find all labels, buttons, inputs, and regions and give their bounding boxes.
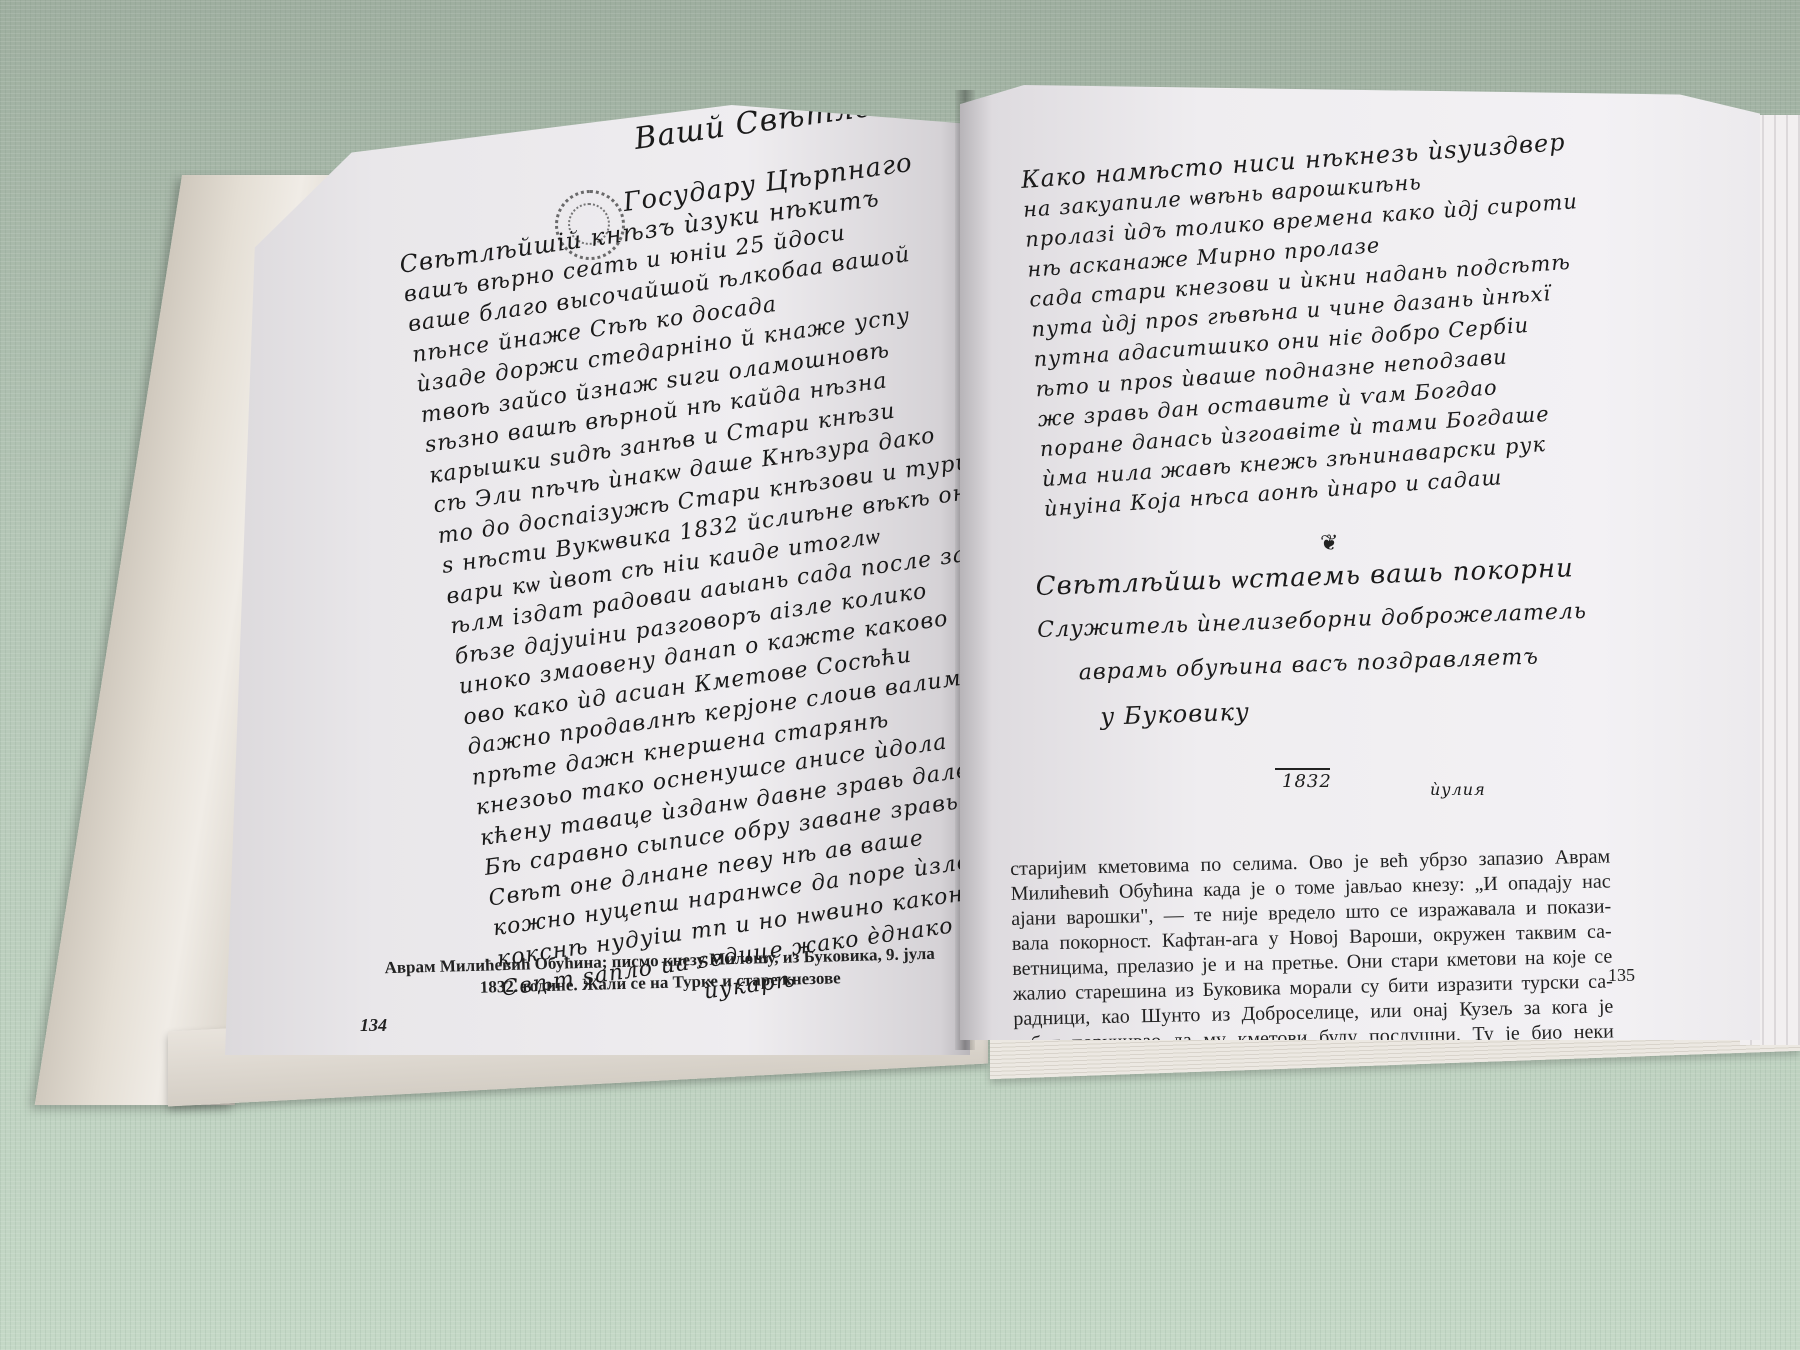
- facsimile-handwriting-left: Вашй Свѣтлос Государу Цѣрпнаго Свѣтлѣйші…: [385, 105, 970, 1035]
- right-page: Како намѣсто ниси нѣкнезь ѝѕуиздвер на з…: [960, 85, 1760, 1040]
- facsimile-handwriting-right: Како намѣсто ниси нѣкнезь ѝѕуиздвер на з…: [1020, 126, 1598, 524]
- letter-date: 1832: [1282, 771, 1332, 792]
- left-page: Вашй Свѣтлос Государу Цѣрпнаго Свѣтлѣйші…: [225, 105, 970, 1055]
- facsimile-closing: Свѣтлѣйшь ѡстаемь вашь покорни Служитель…: [1035, 546, 1591, 741]
- body-text: старијим кметовима по селима. Ово је већ…: [1010, 844, 1615, 1040]
- fleuron-ornament-icon: ❦: [1320, 530, 1338, 556]
- open-book: Вашй Свѣтлос Государу Цѣрпнаго Свѣтлѣйші…: [0, 0, 1800, 1350]
- letter-date-month: ѝулия: [1430, 780, 1486, 799]
- page-number-left: 134: [360, 1015, 387, 1036]
- page-number-right: 135: [1608, 965, 1635, 986]
- figure-caption: Аврам Милићевић Обућина; писмо кнезу Мил…: [360, 942, 961, 1002]
- date-rule: [1275, 768, 1330, 770]
